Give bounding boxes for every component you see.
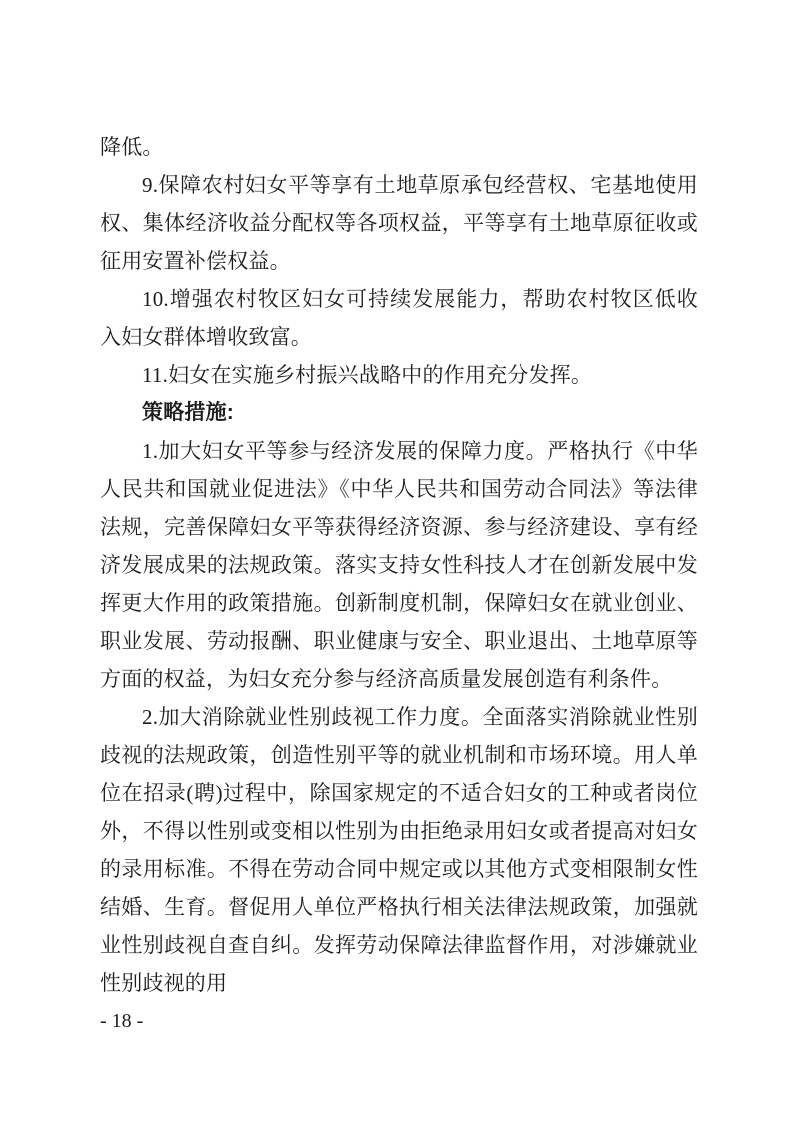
paragraph-measure-1: 1.加大妇女平等参与经济发展的保障力度。严格执行《中华人民共和国就业促进法》《中… [100, 432, 698, 698]
paragraph-measure-2: 2.加大消除就业性别歧视工作力度。全面落实消除就业性别歧视的法规政策，创造性别平… [100, 698, 698, 1002]
section-heading: 策略措施: [100, 394, 698, 432]
paragraph-item-10: 10.增强农村牧区妇女可持续发展能力，帮助农村牧区低收入妇女群体增收致富。 [100, 280, 698, 356]
paragraph-item-11: 11.妇女在实施乡村振兴战略中的作用充分发挥。 [100, 356, 698, 394]
page-number: - 18 - [100, 1008, 143, 1034]
paragraph-item-9: 9.保障农村妇女平等享有土地草原承包经营权、宅基地使用权、集体经济收益分配权等各… [100, 166, 698, 280]
paragraph-continuation: 降低。 [100, 128, 698, 166]
document-page: 降低。 9.保障农村妇女平等享有土地草原承包经营权、宅基地使用权、集体经济收益分… [0, 0, 794, 1122]
document-body: 降低。 9.保障农村妇女平等享有土地草原承包经营权、宅基地使用权、集体经济收益分… [100, 128, 698, 1002]
